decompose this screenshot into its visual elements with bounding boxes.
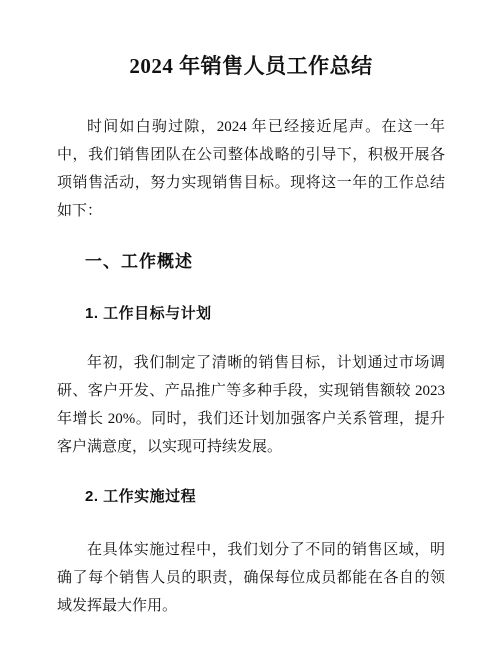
goals-paragraph: 年初，我们制定了清晰的销售目标，计划通过市场调研、客户开发、产品推广等多种手段，…	[57, 349, 445, 461]
section-heading-overview: 一、工作概述	[57, 250, 445, 274]
document-page: 2024 年销售人员工作总结 时间如白驹过隙，2024 年已经接近尾声。在这一年…	[0, 0, 500, 647]
subsection-heading-goals: 1. 工作目标与计划	[57, 303, 445, 325]
intro-paragraph: 时间如白驹过隙，2024 年已经接近尾声。在这一年中，我们销售团队在公司整体战略…	[57, 113, 445, 225]
document-title: 2024 年销售人员工作总结	[57, 52, 445, 81]
implementation-paragraph: 在具体实施过程中，我们划分了不同的销售区域，明确了每个销售人员的职责，确保每位成…	[57, 536, 445, 620]
subsection-heading-implementation: 2. 工作实施过程	[57, 486, 445, 508]
